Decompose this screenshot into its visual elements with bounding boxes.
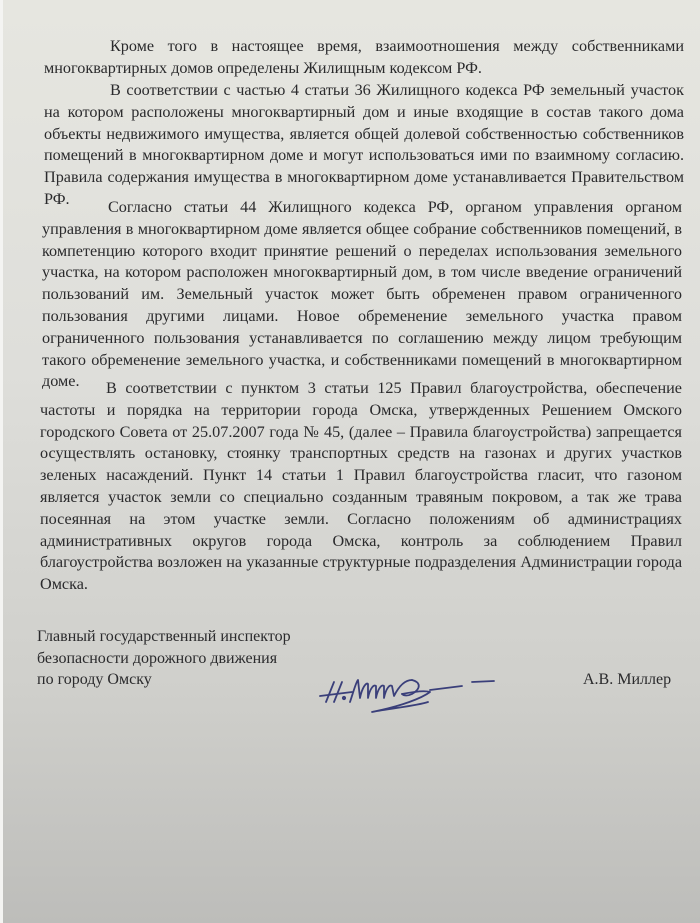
page-edge [0, 0, 3, 923]
signatory-title-line-1: Главный государственный инспектор [37, 626, 291, 648]
paragraph-1: Кроме того в настоящее время, взаимоотно… [44, 36, 684, 80]
signer-name: А.В. Миллер [583, 671, 671, 689]
signatory-title-line-3: по городу Омску [37, 669, 291, 691]
paragraph-3: Согласно статьи 44 Жилищного кодекса РФ,… [42, 197, 682, 393]
signatory-title: Главный государственный инспектор безопа… [37, 626, 291, 691]
handwritten-signature [312, 668, 512, 718]
signatory-title-line-2: безопасности дорожного движения [37, 648, 291, 670]
paragraph-4: В соответствии с пунктом 3 статьи 125 Пр… [40, 378, 682, 596]
paragraph-2: В соответствии с частью 4 статьи 36 Жили… [44, 80, 684, 211]
